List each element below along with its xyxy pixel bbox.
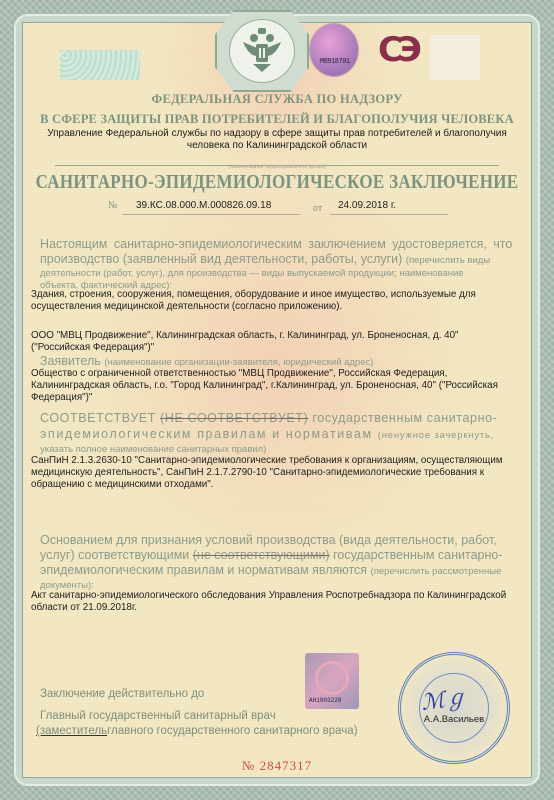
number-label: № [108, 200, 118, 211]
date-label: от [313, 203, 322, 214]
department-line1: Управление Федеральной службы по надзору… [20, 128, 534, 140]
document-date: 24.09.2018 г. [338, 200, 396, 211]
official-stamp: ℳℊ А.А.Васильев [398, 652, 510, 764]
intro-line2-text: производство (заявленный вид деятельност… [40, 252, 402, 266]
compliance-value-line1: СанПиН 2.1.3.2630-10 "Санитарно-эпидемио… [31, 455, 516, 467]
form-serial-number: № 2847317 [0, 758, 554, 774]
signer-alt-rest: главного государственного санитарного вр… [107, 725, 357, 737]
applicant-address-line2: ("Российская Федерация")" [31, 342, 516, 354]
document-title: САНИТАРНО-ЭПИДЕМИОЛОГИЧЕСКОЕ ЗАКЛЮЧЕНИЕ [0, 171, 554, 194]
intro-hint2: деятельности (работ, услуг), для произво… [40, 268, 516, 279]
applicant-address: ООО "МВЦ Продвижение", Калининградская о… [31, 330, 516, 354]
applicant-label-hint: (наименование организации-заявителя, юри… [104, 357, 373, 368]
signer-title: Главный государственный санитарный врач [40, 710, 276, 722]
department-name: Управление Федеральной службы по надзору… [20, 128, 534, 152]
basis-hint1: (перечислить рассмотренные [371, 566, 502, 577]
basis-line2-start: услуг) соответствующими [40, 548, 189, 562]
compliance-value-line3: обращению с медицинскими отходами". [31, 479, 516, 491]
date-underline [330, 214, 448, 215]
department-line2: человека по Калининградской области [20, 140, 534, 152]
agency-name-line2: В СФЕРЕ ЗАЩИТЫ ПРАВ ПОТРЕБИТЕЛЕЙ И БЛАГО… [0, 112, 554, 127]
compliance-line1: СООТВЕТСТВУЕТ (НЕ СООТВЕТСТВУЕТ) государ… [40, 411, 516, 426]
basis-value: Акт санитарно-эпидемиологического обслед… [31, 590, 516, 614]
basis-line3-text: эпидемиологическим правилам и нормативам… [40, 563, 367, 577]
hologram-sticker-bottom: АН1903228 [305, 653, 359, 709]
hologram-sticker: М8918701 [310, 24, 358, 76]
applicant-value-line1: Общество с ограниченной ответственностью… [31, 368, 516, 380]
basis-line2-end: государственным санитарно- [333, 548, 502, 562]
applicant-value-line2: Калининградская область, г.о. "Город Кал… [31, 380, 516, 392]
hologram-bottom-serial: АН1903228 [309, 697, 341, 704]
basis-struck-text: (не соответствующими) [193, 548, 330, 562]
emblem-frame [215, 10, 309, 92]
basis-line2: услуг) соответствующими (не соответствую… [40, 548, 516, 563]
activity-value-line2: осуществления медицинской деятельности (… [31, 301, 516, 313]
compliance-line2-text: эпидемиологическим правилам и нормативам [40, 427, 373, 441]
date-label-text: от [313, 203, 322, 214]
basis-value-line2: области от 21.09.2018г. [31, 602, 516, 614]
signer-alt: (заместительглавного государственного са… [36, 725, 358, 737]
compliance-status: СООТВЕТСТВУЕТ [40, 411, 156, 425]
signer-name: А.А.Васильев [401, 714, 507, 725]
basis-line1: Основанием для признания условий произво… [40, 533, 516, 548]
activity-value-line1: Здания, строения, сооружения, помещения,… [31, 289, 516, 301]
double-headed-eagle-icon [239, 26, 285, 76]
number-underline [122, 214, 300, 215]
applicant-address-line1: ООО "МВЦ Продвижение", Калининградская о… [31, 330, 516, 342]
eagle-emblem-icon [229, 19, 295, 83]
basis-line3: эпидемиологическим правилам и нормативам… [40, 563, 516, 579]
department-caption: (наименование территориального органа) [0, 164, 554, 170]
compliance-hint1: (ненужное зачеркнуть, [378, 430, 494, 441]
intro-hint1: (перечислить виды [406, 255, 490, 266]
basis-value-line1: Акт санитарно-эпидемиологического обслед… [31, 590, 516, 602]
compliance-value: СанПиН 2.1.3.2630-10 "Санитарно-эпидемио… [31, 455, 516, 491]
blank-patch [430, 35, 480, 80]
intro-line2: производство (заявленный вид деятельност… [40, 252, 516, 268]
agency-name-line1: ФЕДЕРАЛЬНАЯ СЛУЖБА ПО НАДЗОРУ [0, 92, 554, 107]
document-number: 39.КС.08.000.М.000826.09.18 [136, 200, 271, 211]
certificate-frame: М8918701 СЭ ФЕДЕРАЛЬНАЯ СЛУЖБА ПО НАДЗОР… [0, 0, 554, 800]
intro-line1: Настоящим санитарно-эпидемиологическим з… [40, 237, 516, 252]
number-label-text: № [108, 200, 118, 211]
compliance-value-line2: медицинскую деятельность", СанПиН 2.1.7.… [31, 467, 516, 479]
applicant-value: Общество с ограниченной ответственностью… [31, 368, 516, 404]
signer-alt-underlined: (заместитель [36, 725, 107, 737]
applicant-value-line3: Федерация")" [31, 392, 516, 404]
activity-value: Здания, строения, сооружения, помещения,… [31, 289, 516, 313]
applicant-label: Заявитель [40, 354, 101, 368]
compliance-line2: эпидемиологическим правилам и нормативам… [40, 427, 516, 443]
compliance-line1-rest: государственным санитарно- [312, 411, 497, 425]
hologram-emblem-icon [315, 661, 349, 695]
hologram-serial: М8918701 [320, 58, 350, 66]
se-logo-icon: СЭ [378, 30, 416, 70]
compliance-struck-status: (НЕ СООТВЕТСТВУЕТ) [160, 411, 308, 425]
validity-label: Заключение действительно до [40, 688, 204, 700]
signature: ℳℊ [419, 680, 468, 717]
security-pattern [60, 50, 140, 80]
